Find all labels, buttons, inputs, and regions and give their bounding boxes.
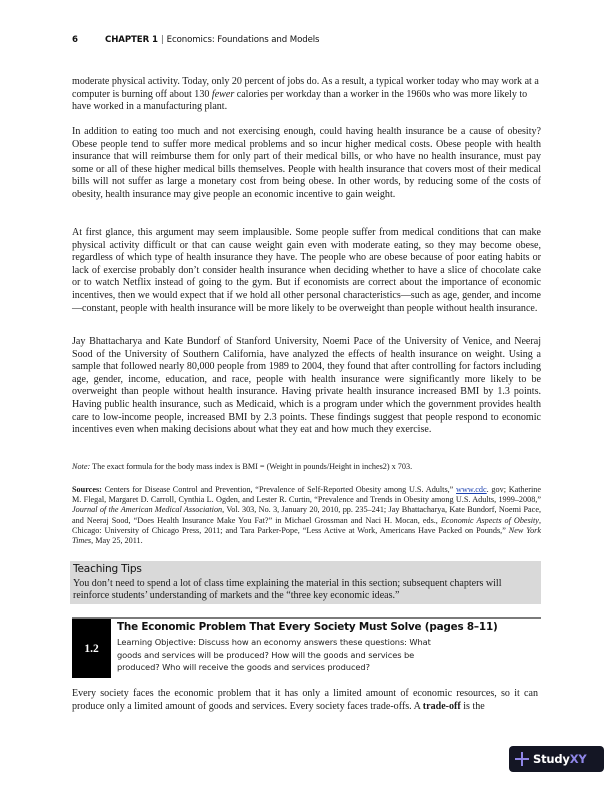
section-number: 1.2 <box>84 643 98 655</box>
note-label: Note: <box>72 462 90 471</box>
journal-title: Journal of the American Medical Associat… <box>72 505 222 514</box>
paragraph-text: In addition to eating too much and not e… <box>72 126 541 202</box>
header-separator: | <box>158 35 167 45</box>
term-trade-off: trade-off <box>423 701 461 712</box>
paragraph-health-insurance-obesity: In addition to eating too much and not e… <box>72 126 541 202</box>
paragraph-economic-problem: Every society faces the economic problem… <box>72 688 538 713</box>
section-divider <box>72 617 541 619</box>
chapter-label: CHAPTER 1 <box>105 35 158 45</box>
paragraph-text: At first glance, this argument may seem … <box>72 227 541 315</box>
sources-citation: Sources: Centers for Disease Control and… <box>72 485 541 546</box>
studyxy-badge-button[interactable]: StudyXY <box>509 746 604 772</box>
sources-label: Sources: <box>72 485 102 494</box>
page-number: 6 <box>72 35 105 45</box>
paragraph-physical-activity: moderate physical activity. Today, only … <box>72 76 541 114</box>
text-segment: , May 25, 2011. <box>91 536 143 545</box>
paragraph-first-glance: At first glance, this argument may seem … <box>72 227 541 315</box>
chapter-title: Economics: Foundations and Models <box>167 35 320 45</box>
text-segment: Centers for Disease Control and Preventi… <box>102 485 456 494</box>
learning-objective: Learning Objective: Discuss how an econo… <box>117 636 457 674</box>
document-page: 6CHAPTER 1|Economics: Foundations and Mo… <box>0 0 612 792</box>
teaching-tips-box: Teaching Tips You don’t need to spend a … <box>70 561 541 604</box>
book-title: Economic Aspects of Obesity <box>441 516 539 525</box>
teaching-tips-body: You don’t need to spend a lot of class t… <box>73 578 539 603</box>
brand-logo-text: StudyXY <box>533 752 587 766</box>
emphasis-fewer: fewer <box>212 89 234 100</box>
text-segment: is the <box>461 701 485 712</box>
note-text: The exact formula for the body mass inde… <box>90 462 412 471</box>
section-number-box: 1.2 <box>72 619 111 678</box>
brand-main: Study <box>533 752 570 766</box>
teaching-tips-title: Teaching Tips <box>73 563 142 575</box>
running-header: 6CHAPTER 1|Economics: Foundations and Mo… <box>72 35 319 45</box>
plus-icon <box>515 752 529 766</box>
section-heading: The Economic Problem That Every Society … <box>117 621 498 633</box>
paragraph-text: Jay Bhattacharya and Kate Bundorf of Sta… <box>72 336 541 437</box>
paragraph-study-findings: Jay Bhattacharya and Kate Bundorf of Sta… <box>72 336 541 437</box>
cdc-link[interactable]: www.cdc <box>456 485 487 494</box>
bmi-note: Note: The exact formula for the body mas… <box>72 462 541 471</box>
brand-accent: XY <box>570 752 587 766</box>
